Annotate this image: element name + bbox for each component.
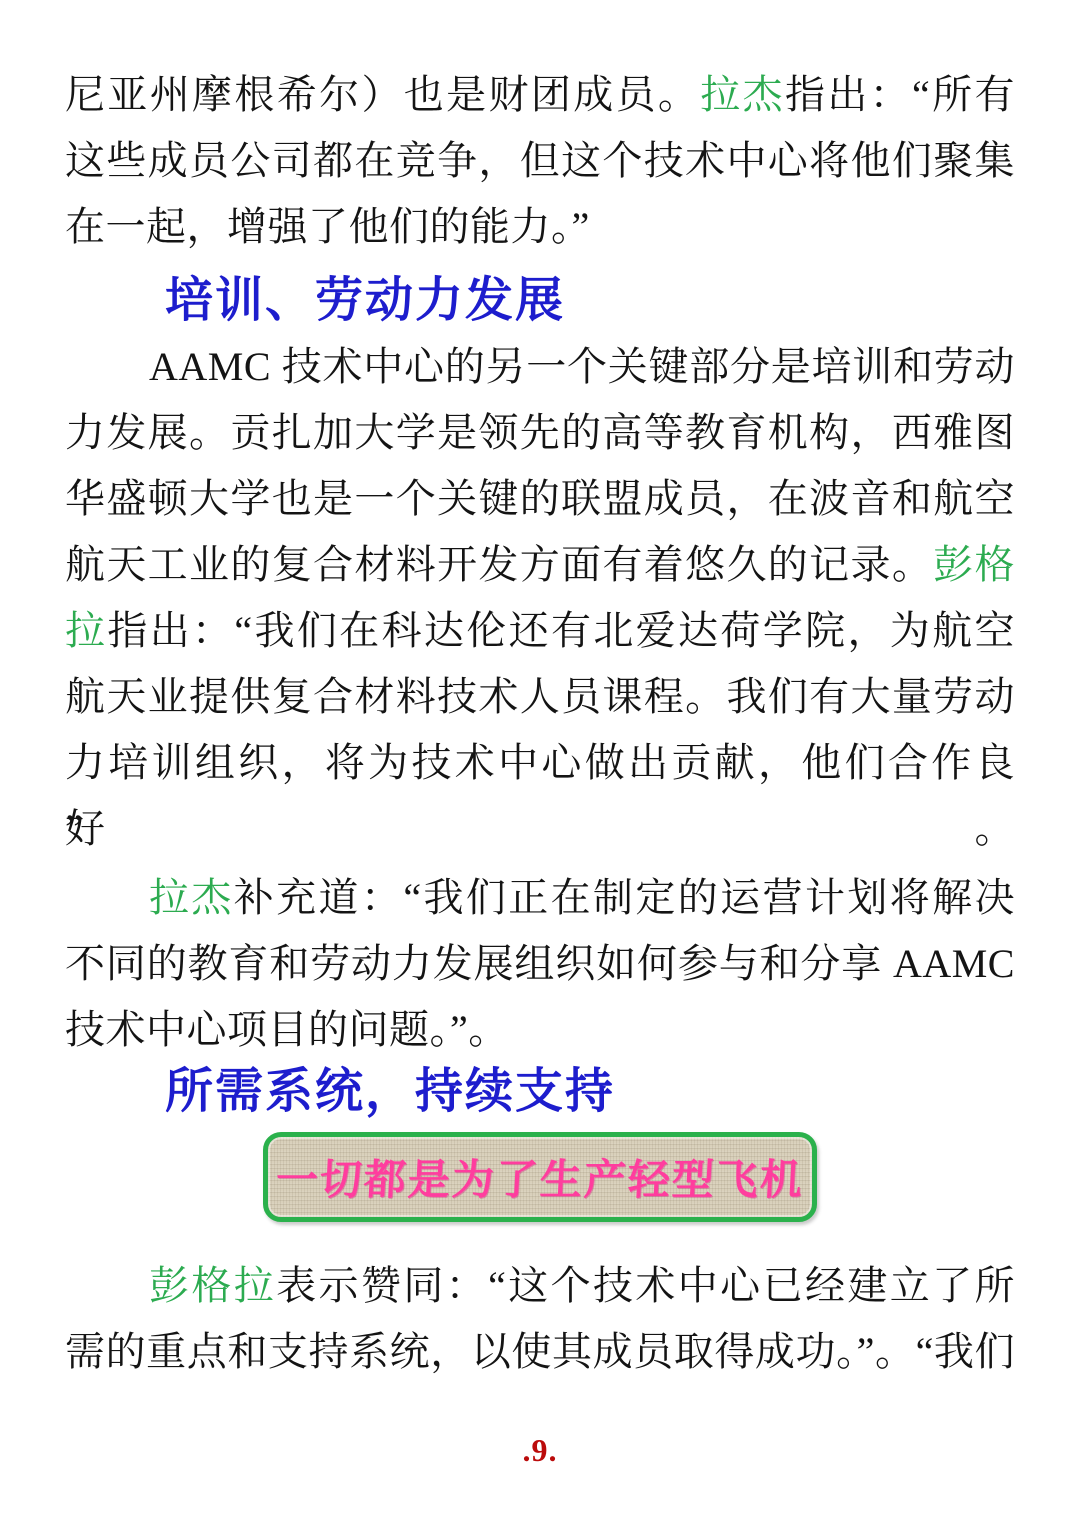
text-line: 不同的教育和劳动力发展组织如何参与和分享 AAMC bbox=[65, 931, 1015, 997]
text-run: ” bbox=[65, 806, 83, 851]
text-run: 尼亚州摩根希尔）也是财团成员。 bbox=[65, 72, 700, 117]
text-run: 航天业提供复合材料技术人员课程。我们有大量劳动 bbox=[65, 674, 1015, 719]
text-run: 表示赞同：“这个技术中心已经建立了所 bbox=[276, 1263, 1015, 1308]
text-line: 彭格拉表示赞同：“这个技术中心已经建立了所 bbox=[65, 1253, 1015, 1319]
text-line: 航天工业的复合材料开发方面有着悠久的记录。彭格 bbox=[65, 532, 1015, 598]
text-run: 指出：“所有 bbox=[785, 72, 1015, 117]
text-run: 补充道：“我们正在制定的运营计划将解决 bbox=[234, 875, 1015, 920]
text-line: 航天业提供复合材料技术人员课程。我们有大量劳动 bbox=[65, 664, 1015, 730]
text-run: 力发展。贡扎加大学是领先的高等教育机构，西雅图 bbox=[65, 410, 1015, 455]
paragraph-training-development: AAMC 技术中心的另一个关键部分是培训和劳动力发展。贡扎加大学是领先的高等教育… bbox=[65, 334, 1015, 862]
person-name: 拉杰 bbox=[700, 72, 785, 117]
text-run: 需的重点和支持系统，以使其成员取得成功。”。“我们 bbox=[65, 1329, 1015, 1374]
banner-slogan-box: 一切都是为了生产轻型飞机 bbox=[263, 1132, 817, 1222]
text-run: 在一起，增强了他们的能力。” bbox=[65, 204, 590, 249]
text-run: 技术中心项目的问题。”。 bbox=[65, 1007, 509, 1052]
text-run: 不同的教育和劳动力发展组织如何参与和分享 AAMC bbox=[65, 941, 1015, 986]
text-run: AAMC 技术中心的另一个关键部分是培训和劳动 bbox=[149, 344, 1015, 389]
paragraph-pengella-agreement: 彭格拉表示赞同：“这个技术中心已经建立了所需的重点和支持系统，以使其成员取得成功… bbox=[65, 1253, 1015, 1385]
text-line: AAMC 技术中心的另一个关键部分是培训和劳动 bbox=[65, 334, 1015, 400]
banner-slogan-text: 一切都是为了生产轻型飞机 bbox=[274, 1147, 805, 1207]
text-line: 拉指出：“我们在科达伦还有北爱达荷学院，为航空 bbox=[65, 598, 1015, 664]
text-line: 需的重点和支持系统，以使其成员取得成功。”。“我们 bbox=[65, 1319, 1015, 1385]
text-run: 航天工业的复合材料开发方面有着悠久的记录。 bbox=[65, 542, 933, 587]
text-line: 华盛顿大学也是一个关键的联盟成员，在波音和航空 bbox=[65, 466, 1015, 532]
person-name: 拉杰 bbox=[149, 875, 234, 920]
text-line: 力发展。贡扎加大学是领先的高等教育机构，西雅图 bbox=[65, 400, 1015, 466]
person-name: 彭格 bbox=[933, 542, 1015, 587]
text-run: 这些成员公司都在竞争，但这个技术中心将他们聚集 bbox=[65, 138, 1015, 183]
text-line: 这些成员公司都在竞争，但这个技术中心将他们聚集 bbox=[65, 128, 1015, 194]
page-number: .9. bbox=[0, 1432, 1080, 1469]
section-heading-systems-support: 所需系统，持续支持 bbox=[65, 1059, 1015, 1125]
person-name: 彭格拉 bbox=[149, 1263, 276, 1308]
document-page: 尼亚州摩根希尔）也是财团成员。拉杰指出：“所有这些成员公司都在竞争，但这个技术中… bbox=[0, 0, 1080, 1527]
text-line: 在一起，增强了他们的能力。” bbox=[65, 194, 1015, 260]
paragraph-consortium-members: 尼亚州摩根希尔）也是财团成员。拉杰指出：“所有这些成员公司都在竞争，但这个技术中… bbox=[65, 62, 1015, 260]
person-name: 拉 bbox=[65, 608, 107, 653]
paragraph-rajeev-addition: 拉杰补充道：“我们正在制定的运营计划将解决不同的教育和劳动力发展组织如何参与和分… bbox=[65, 865, 1015, 1063]
text-run: 华盛顿大学也是一个关键的联盟成员，在波音和航空 bbox=[65, 476, 1015, 521]
banner-container: 一切都是为了生产轻型飞机 bbox=[65, 1132, 1015, 1222]
text-line: 尼亚州摩根希尔）也是财团成员。拉杰指出：“所有 bbox=[65, 62, 1015, 128]
text-line: 拉杰补充道：“我们正在制定的运营计划将解决 bbox=[65, 865, 1015, 931]
text-run: 力培训组织，将为技术中心做出贡献，他们合作良好。 bbox=[65, 740, 1015, 851]
text-run: 指出：“我们在科达伦还有北爱达荷学院，为航空 bbox=[107, 608, 1015, 653]
text-line: 力培训组织，将为技术中心做出贡献，他们合作良好。 bbox=[65, 730, 1015, 796]
text-line: 技术中心项目的问题。”。 bbox=[65, 997, 1015, 1063]
section-heading-training-workforce: 培训、劳动力发展 bbox=[65, 268, 1015, 334]
